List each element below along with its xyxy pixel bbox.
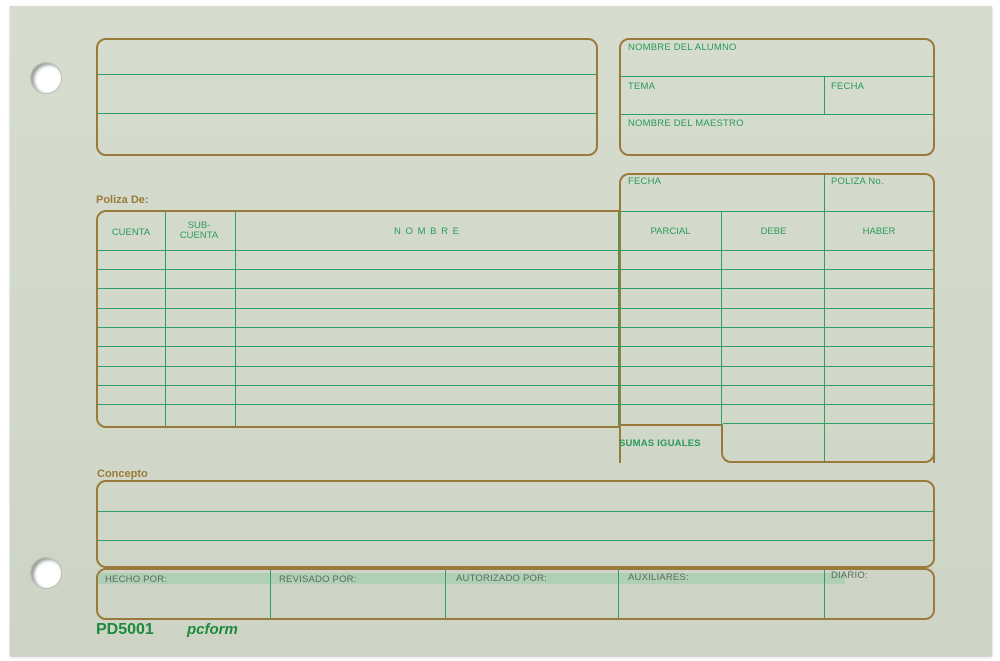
row-rule [98,269,933,270]
rule [621,211,933,212]
student-name-label: NOMBRE DEL ALUMNO [628,42,737,53]
totals-debe-field[interactable] [724,426,822,460]
form-sheet: NOMBRE DEL ALUMNO TEMA FECHA NOMBRE DEL … [10,6,992,656]
column-rule [445,570,446,618]
policy-number-label: POLIZA No. [831,176,884,187]
notes-rule [98,113,596,114]
student-name-field[interactable] [625,54,930,74]
notes-rule [98,74,596,75]
auxiliaries-label: AUXILIARES: [628,572,689,583]
policy-number-field[interactable] [828,188,928,208]
student-date-label: FECHA [831,81,864,92]
table-row[interactable] [98,290,933,306]
row-rule [98,366,933,367]
teacher-name-label: NOMBRE DEL MAESTRO [628,118,744,129]
policy-date-field[interactable] [625,188,820,208]
column-header-parcial: PARCIAL [619,226,722,237]
row-rule [98,327,933,328]
table-row[interactable] [98,406,933,422]
rule [621,76,933,77]
column-rule [270,570,271,618]
concept-section-label: Concepto [97,468,148,480]
column-header-debe: DEBE [722,226,825,237]
form-code: PD5001 [96,621,154,639]
row-rule [98,288,933,289]
table-row[interactable] [98,348,933,364]
header-notes-box[interactable] [96,38,598,156]
authorized-by-field[interactable] [449,587,616,617]
column-rule [824,570,825,618]
row-rule [98,308,933,309]
made-by-label: HECHO POR: [105,574,167,585]
topic-label: TEMA [628,81,655,92]
topic-field[interactable] [625,94,820,112]
table-row[interactable] [98,310,933,326]
brand-logo: pcform [187,621,238,638]
hole-punch-top [30,62,62,94]
reviewed-by-field[interactable] [274,587,443,617]
journal-label: DIARIO: [831,570,868,581]
table-row[interactable] [98,387,933,403]
hole-punch-bottom [30,557,62,589]
row-rule [98,250,933,251]
column-header-nombre: N O M B R E [236,226,618,237]
table-row[interactable] [98,252,933,268]
reviewed-by-label: REVISADO POR: [279,574,357,585]
rule [824,76,825,114]
rule [621,114,933,115]
concept-rule [98,511,933,512]
column-header-haber: HABER [825,226,933,237]
totals-label: SUMAS IGUALES [619,438,701,449]
totals-haber-field[interactable] [827,426,931,460]
column-rule [618,570,619,618]
row-rule [98,385,933,386]
teacher-name-field[interactable] [625,130,930,150]
row-rule [98,346,933,347]
concept-box[interactable] [96,480,935,568]
table-row[interactable] [98,368,933,384]
concept-rule [98,540,933,541]
column-header-subcuenta-line2: CUENTA [165,231,233,241]
table-row[interactable] [98,271,933,287]
policy-section-label: Poliza De: [96,194,149,206]
authorized-by-label: AUTORIZADO POR: [456,573,547,584]
student-date-field[interactable] [828,94,928,112]
column-header-subcuenta: SUB- CUENTA [165,221,233,241]
rule [824,175,825,211]
table-row[interactable] [98,329,933,345]
auxiliaries-field[interactable] [622,587,822,617]
journal-field[interactable] [828,587,932,617]
policy-date-label: FECHA [628,176,661,187]
made-by-field[interactable] [100,587,268,617]
row-rule [723,423,933,424]
row-rule [98,404,933,405]
table-bottom-border [619,424,723,426]
column-header-cuenta: CUENTA [98,227,164,238]
